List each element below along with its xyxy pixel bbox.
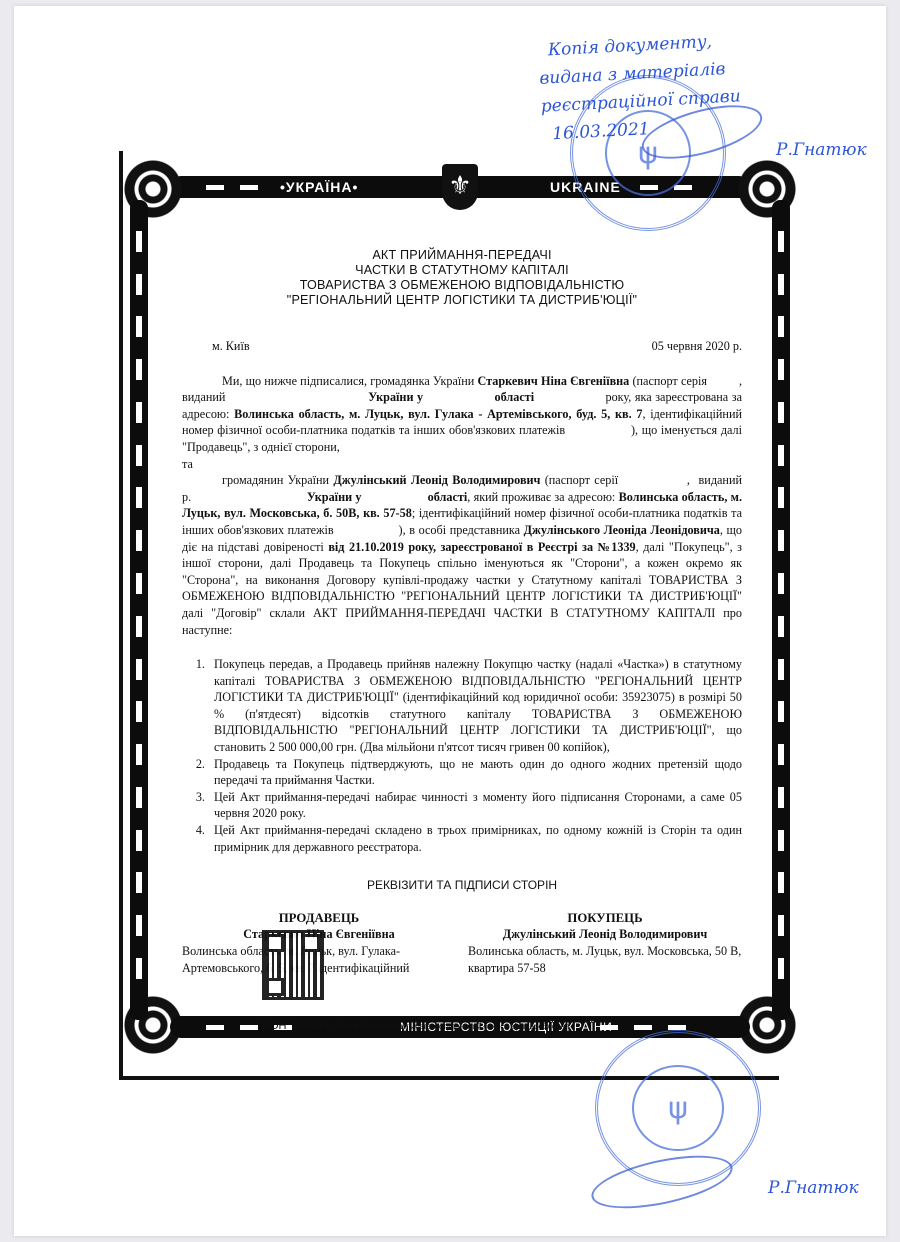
trident-icon: ψ <box>632 1065 724 1152</box>
chain-ornament <box>206 176 258 198</box>
title-line: ТОВАРИСТВА З ОБМЕЖЕНОЮ ВІДПОВІДАЛЬНІСТЮ <box>182 278 742 293</box>
term-item: Продавець та Покупець підтверджують, що … <box>208 756 742 789</box>
representative-name: Джулінського Леоніда Леонідовича <box>524 523 720 537</box>
title-line: ЧАСТКИ В СТАТУТНОМУ КАПІТАЛІ <box>182 263 742 278</box>
document-title: АКТ ПРИЙМАННЯ-ПЕРЕДАЧІ ЧАСТКИ В СТАТУТНО… <box>182 248 742 308</box>
qr-finder <box>302 934 320 952</box>
page-edge-line <box>119 151 123 1079</box>
proxy-details: від 21.10.2019 року, зареєстрованої в Ре… <box>328 540 635 554</box>
city: м. Київ <box>212 338 250 355</box>
text <box>362 490 428 504</box>
text: , який проживає за адресою: <box>467 490 618 504</box>
chain-ornament <box>772 220 790 990</box>
terms-list: Покупець передав, а Продавець прийняв на… <box>182 656 742 855</box>
seller-name: Старкевич Ніна Євгеніївна <box>478 374 630 388</box>
security-warning: Увага! Бланк містить багатоступеневий за… <box>336 1022 569 1031</box>
buyer-role: ПОКУПЕЦЬ <box>468 910 742 927</box>
seller-address: Волинська область, м. Луцьк, вул. Гулака… <box>234 407 642 421</box>
seller-role: ПРОДАВЕЦЬ <box>182 910 456 927</box>
band-text-ukraina: •УКРАЇНА• <box>280 179 358 195</box>
text: області <box>495 390 535 404</box>
text: України у <box>307 490 362 504</box>
ornamental-frame: •УКРАЇНА• UKRAINE ⚜ МІНІСТЕРСТВО ЮСТИЦІЇ… <box>130 160 790 1060</box>
registrar-signature: Р.Гнатюк <box>768 1178 859 1198</box>
qr-code-icon <box>262 930 324 1000</box>
document-date: 05 червня 2020 р. <box>652 338 742 355</box>
title-line: АКТ ПРИЙМАННЯ-ПЕРЕДАЧІ <box>182 248 742 263</box>
title-line: "РЕГІОНАЛЬНИЙ ЦЕНТР ЛОГІСТИКИ ТА ДИСТРИБ… <box>182 293 742 308</box>
coat-of-arms-icon: ⚜ <box>442 164 478 210</box>
chain-ornament <box>130 220 148 990</box>
buyer-address: Волинська область, м. Луцьк, вул. Москов… <box>468 943 742 976</box>
term-item: Цей Акт приймання-передачі набирає чинно… <box>208 789 742 822</box>
buyer-name: Джулінський Леонід Володимирович <box>333 473 540 487</box>
document-body: АКТ ПРИЙМАННЯ-ПЕРЕДАЧІ ЧАСТКИ В СТАТУТНО… <box>182 248 742 976</box>
qr-finder <box>266 934 284 952</box>
place-date-row: м. Київ 05 червня 2020 р. <box>182 338 742 355</box>
text: громадянин України <box>222 473 333 487</box>
serial-number: НОН 200623 <box>262 1020 329 1032</box>
text <box>423 390 494 404</box>
seller-paragraph: Ми, що нижче підписалися, громадянка Укр… <box>182 373 742 456</box>
registrar-signature: Р.Гнатюк <box>776 140 867 160</box>
text: Ми, що нижче підписалися, громадянка Укр… <box>222 374 478 388</box>
blank-serial: НОН 200623 Увага! Бланк містить багатост… <box>262 1020 569 1032</box>
buyer-name: Джулінський Леонід Володимирович <box>468 926 742 943</box>
text: , далі "Покупець", з іншої сторони, далі… <box>182 540 742 637</box>
qr-finder <box>266 978 284 996</box>
text: України у <box>368 390 423 404</box>
conjunction: та <box>182 456 742 473</box>
buyer-paragraph: громадянин України Джулінський Леонід Во… <box>182 472 742 638</box>
text: області <box>428 490 468 504</box>
buyer-block: ПОКУПЕЦЬ Джулінський Леонід Володимирови… <box>468 910 742 976</box>
term-item: Покупець передав, а Продавець прийняв на… <box>208 656 742 756</box>
term-item: Цей Акт приймання-передачі складено в тр… <box>208 822 742 855</box>
signatures-heading: РЕКВІЗИТИ ТА ПІДПИСИ СТОРІН <box>182 877 742 894</box>
